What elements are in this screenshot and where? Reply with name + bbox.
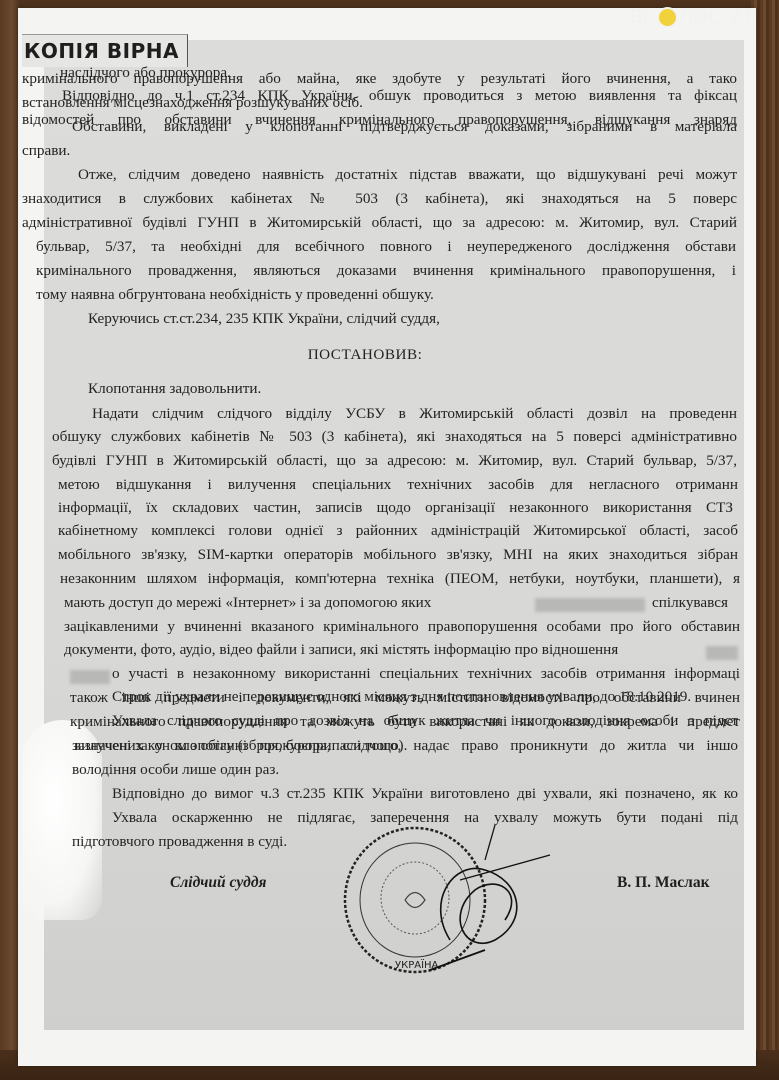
res-line: кабінетному комплексі голови однієї з ра… <box>58 522 738 540</box>
res-line: обшуку службових кабінетів № 503 (3 кабі… <box>52 428 737 446</box>
doc-line: кримінального правопорушення або майна, … <box>22 70 737 88</box>
res-line: будівлі ГУНП в Житомирській області, що … <box>52 452 737 470</box>
doc-line: Керуючись ст.ст.234, 235 КПК України, сл… <box>88 310 688 328</box>
logo-text-right: ЛОС.ZT <box>679 6 755 28</box>
res-line: зацікавленими у вчиненні вказаного кримі… <box>64 618 740 636</box>
res-line: документи, фото, аудіо, відео файли і за… <box>64 641 704 659</box>
signature-title: Слідчий суддя <box>170 874 267 892</box>
resolution-heading: ПОСТАНОВИВ: <box>250 346 480 364</box>
res-line: незаконним шляхом інформація, комп'ютерн… <box>60 570 740 588</box>
doc-line: знаходитися в службових кабінетах № 503 … <box>22 190 737 208</box>
closing-line: зазначених у клопотанні прокурора, слідч… <box>72 737 738 755</box>
doc-line: тому наявна обгрунтована необхідність у … <box>36 286 636 304</box>
doc-line: справи. <box>22 142 222 160</box>
copy-certified-stamp: КОПІЯ ВІРНА <box>22 34 188 67</box>
closing-line: Відповідно до вимог ч.3 ст.235 КПК Украї… <box>112 785 738 803</box>
closing-line: володіння особи лише один раз. <box>72 761 738 779</box>
doc-line: адміністративної будівлі ГУНП в Житомирс… <box>22 214 737 232</box>
redacted-name <box>706 646 738 660</box>
doc-line: бульвар, 5/37, та необхідні для всебічно… <box>36 238 736 256</box>
res-line: мобільного зв'язку, SIM-картки операторі… <box>58 546 738 564</box>
closing-line: Строк дії ухвали не перевищує одного міс… <box>112 688 738 706</box>
closing-line: підготовчого провадження в суді. <box>72 833 738 851</box>
doc-line: Обставини, викладені у клопотанні підтве… <box>72 118 737 136</box>
redacted-name <box>70 670 110 684</box>
site-watermark-logo: ВГ ЛОС.ZT <box>630 4 755 30</box>
broadcast-icon <box>657 7 678 28</box>
res-line: мають доступ до мережі «Інтернет» і за д… <box>64 594 534 612</box>
res-line: спілкувався <box>652 594 742 612</box>
res-line: о участі в незаконному використанні спец… <box>112 665 740 683</box>
closing-line: Ухвала слідчого судді про дозвіл на обшу… <box>112 712 738 730</box>
res-line: метою відшукання і вилучення спеціальних… <box>58 476 738 494</box>
logo-text-left: ВГ <box>630 6 656 28</box>
res-line: Надати слідчим слідчого відділу УСБУ в Ж… <box>92 405 737 423</box>
closing-line: Ухвала оскарженню не підлягає, заперечен… <box>112 809 738 827</box>
judge-name: В. П. Маслак <box>617 874 710 892</box>
res-line: інформації, їх складових частин, записів… <box>58 499 733 517</box>
res-line: Клопотання задовольнити. <box>88 380 388 398</box>
doc-line: встановлення місцезнаходження розшукуван… <box>22 94 722 112</box>
redacted-name <box>535 598 645 612</box>
doc-line: кримінального провадження, являються док… <box>36 262 736 280</box>
doc-line: Отже, слідчим доведено наявність достатн… <box>78 166 737 184</box>
